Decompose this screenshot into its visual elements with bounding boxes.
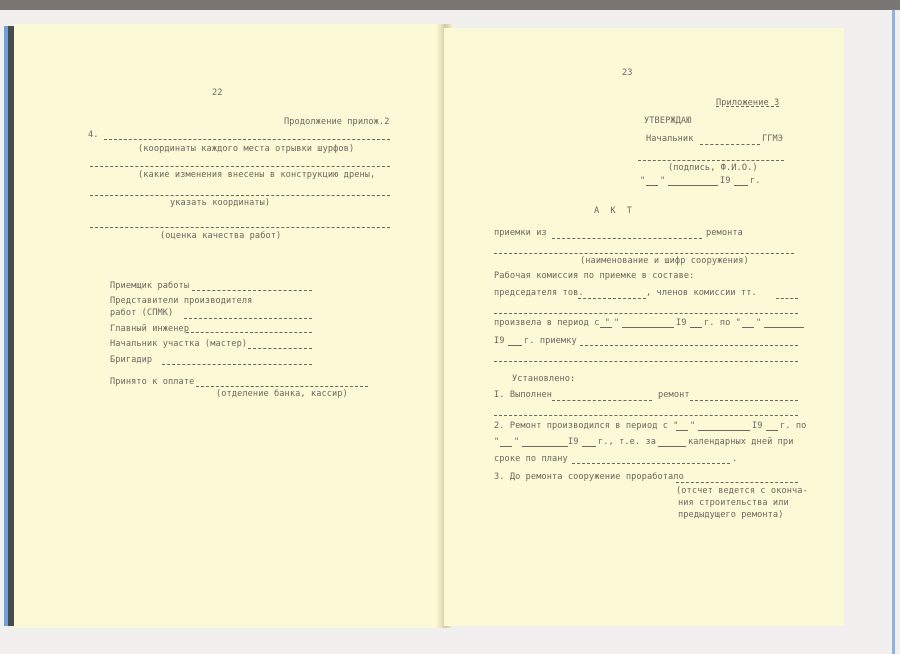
page-number: 22 — [212, 88, 223, 98]
item2-line2-suffix: календарных дней при — [688, 437, 793, 447]
day-blank — [600, 327, 612, 328]
month-blank — [622, 327, 674, 328]
item2-line3-end: . — [732, 454, 737, 464]
object-blank — [494, 253, 794, 254]
members-label: , членов комиссии тт. — [646, 288, 757, 298]
sig-receiver: Приемщик работы — [110, 281, 189, 291]
repair-type-blank — [552, 238, 702, 239]
period-quote: " — [614, 318, 619, 328]
period-quote-2: " — [756, 318, 761, 328]
month-blank — [698, 430, 750, 431]
worked-blank — [676, 482, 798, 483]
item3-caption-3: предыдущего ремонта) — [678, 510, 783, 520]
year-blank — [508, 345, 522, 346]
caption-coordinates-2: указать координаты) — [170, 198, 270, 208]
signature-line — [196, 386, 368, 387]
date-year: I9 — [720, 176, 731, 186]
period-prefix: произвела в период с " — [494, 318, 610, 328]
signature-caption: (подпись, Ф.И.О.) — [668, 163, 758, 173]
payment-caption: (отделение банка, кассир) — [216, 389, 348, 399]
commission-label: Рабочая комиссия по приемке в составе: — [494, 271, 694, 281]
signature-line — [638, 160, 784, 161]
blank-line — [90, 166, 390, 167]
payment-label: Принято к оплате — [110, 377, 194, 387]
chairman-prefix: председателя тов. — [494, 288, 584, 298]
caption-coordinates: (координаты каждого места отрывки шурфов… — [138, 144, 354, 154]
day-blank — [646, 185, 658, 186]
month-blank — [764, 327, 804, 328]
object-blank-3 — [494, 361, 798, 362]
day-blank — [676, 430, 688, 431]
object-caption: (наименование и шифр сооружения) — [580, 256, 749, 266]
scan-right-edge — [892, 10, 895, 654]
item2-line2-mid: г., т.е. за — [598, 437, 656, 447]
sig-representatives-2: работ (СПМК) — [110, 308, 173, 318]
period-to: г. по " — [704, 318, 741, 328]
year-blank — [582, 446, 596, 447]
acceptance-prefix: приемки из — [494, 228, 547, 238]
repair-blank-2 — [494, 415, 798, 416]
acceptance-suffix: ремонта — [706, 228, 743, 238]
item2-line1-suffix: г. по — [780, 421, 806, 431]
established-label: Установлено: — [512, 374, 575, 384]
item3-label: 3. До ремонта сооружение проработало — [494, 472, 684, 482]
signature-line — [184, 318, 312, 319]
sig-representatives: Представители производителя — [110, 296, 252, 306]
item2-year2: I9 — [568, 437, 579, 447]
item3-caption-1: (отсчет ведется с оконча- — [676, 486, 808, 496]
page-number: 23 — [622, 68, 633, 78]
date-suffix: г. — [750, 176, 761, 186]
signature-line — [162, 364, 312, 365]
approve-label: УТВЕРЖДАЮ — [644, 116, 691, 126]
chairman-blank — [578, 298, 646, 299]
left-page — [14, 24, 440, 628]
date-quote-open: " — [640, 176, 645, 186]
item2-q1: " — [494, 437, 499, 447]
blank-line — [90, 227, 390, 228]
sig-chief-engineer: Главный инженер — [110, 324, 189, 334]
day-blank — [500, 446, 512, 447]
acceptance-suffix-2: г. приемку — [524, 336, 577, 346]
date-quote-close: " — [660, 176, 665, 186]
sig-foreman: Бригадир — [110, 355, 152, 365]
repair-kind-blank — [552, 400, 652, 401]
chief-label: Начальник — [646, 134, 693, 144]
item2-quote: " — [690, 421, 695, 431]
year-blank — [734, 185, 748, 186]
continuation-header: Продолжение прилож.2 — [284, 117, 389, 127]
period-year: I9 — [676, 318, 687, 328]
item-number: 4. — [88, 130, 99, 140]
signature-line — [186, 332, 312, 333]
year-blank — [766, 430, 778, 431]
month-blank — [668, 185, 718, 186]
blank-line — [90, 195, 390, 196]
year-blank — [690, 327, 702, 328]
item1-suffix: ремонт — [658, 390, 690, 400]
acceptance-year: I9 — [494, 336, 505, 346]
blank-line — [700, 144, 760, 145]
blank-line — [104, 139, 390, 140]
repair-blank — [690, 400, 798, 401]
members-blank — [776, 298, 798, 299]
plan-term-blank — [572, 463, 730, 464]
days-blank — [658, 446, 686, 447]
item3-caption-2: ния строительства или — [678, 498, 789, 508]
item2-line1: 2. Ремонт производился в период с " — [494, 421, 679, 431]
scanner-top-edge — [0, 0, 900, 10]
signature-line — [192, 290, 312, 291]
appendix-label: Приложение 3 — [716, 98, 779, 108]
day-blank — [742, 327, 754, 328]
item2-line3: сроке по плану — [494, 454, 568, 464]
item2-year1: I9 — [752, 421, 763, 431]
caption-quality: (оценка качества работ) — [160, 231, 281, 241]
document-title: А К Т — [594, 206, 635, 216]
object-blank-2 — [580, 345, 798, 346]
members-blank-2 — [494, 313, 798, 314]
item2-q2: " — [514, 437, 519, 447]
sig-site-head: Начальник участка (мастер) — [110, 339, 247, 349]
caption-changes: (какие изменения внесены в конструкцию д… — [138, 170, 375, 180]
signature-line — [248, 348, 312, 349]
item1-prefix: I. Выполнен — [494, 390, 552, 400]
org-label: ГГМЭ — [762, 134, 783, 144]
month-blank — [522, 446, 568, 447]
